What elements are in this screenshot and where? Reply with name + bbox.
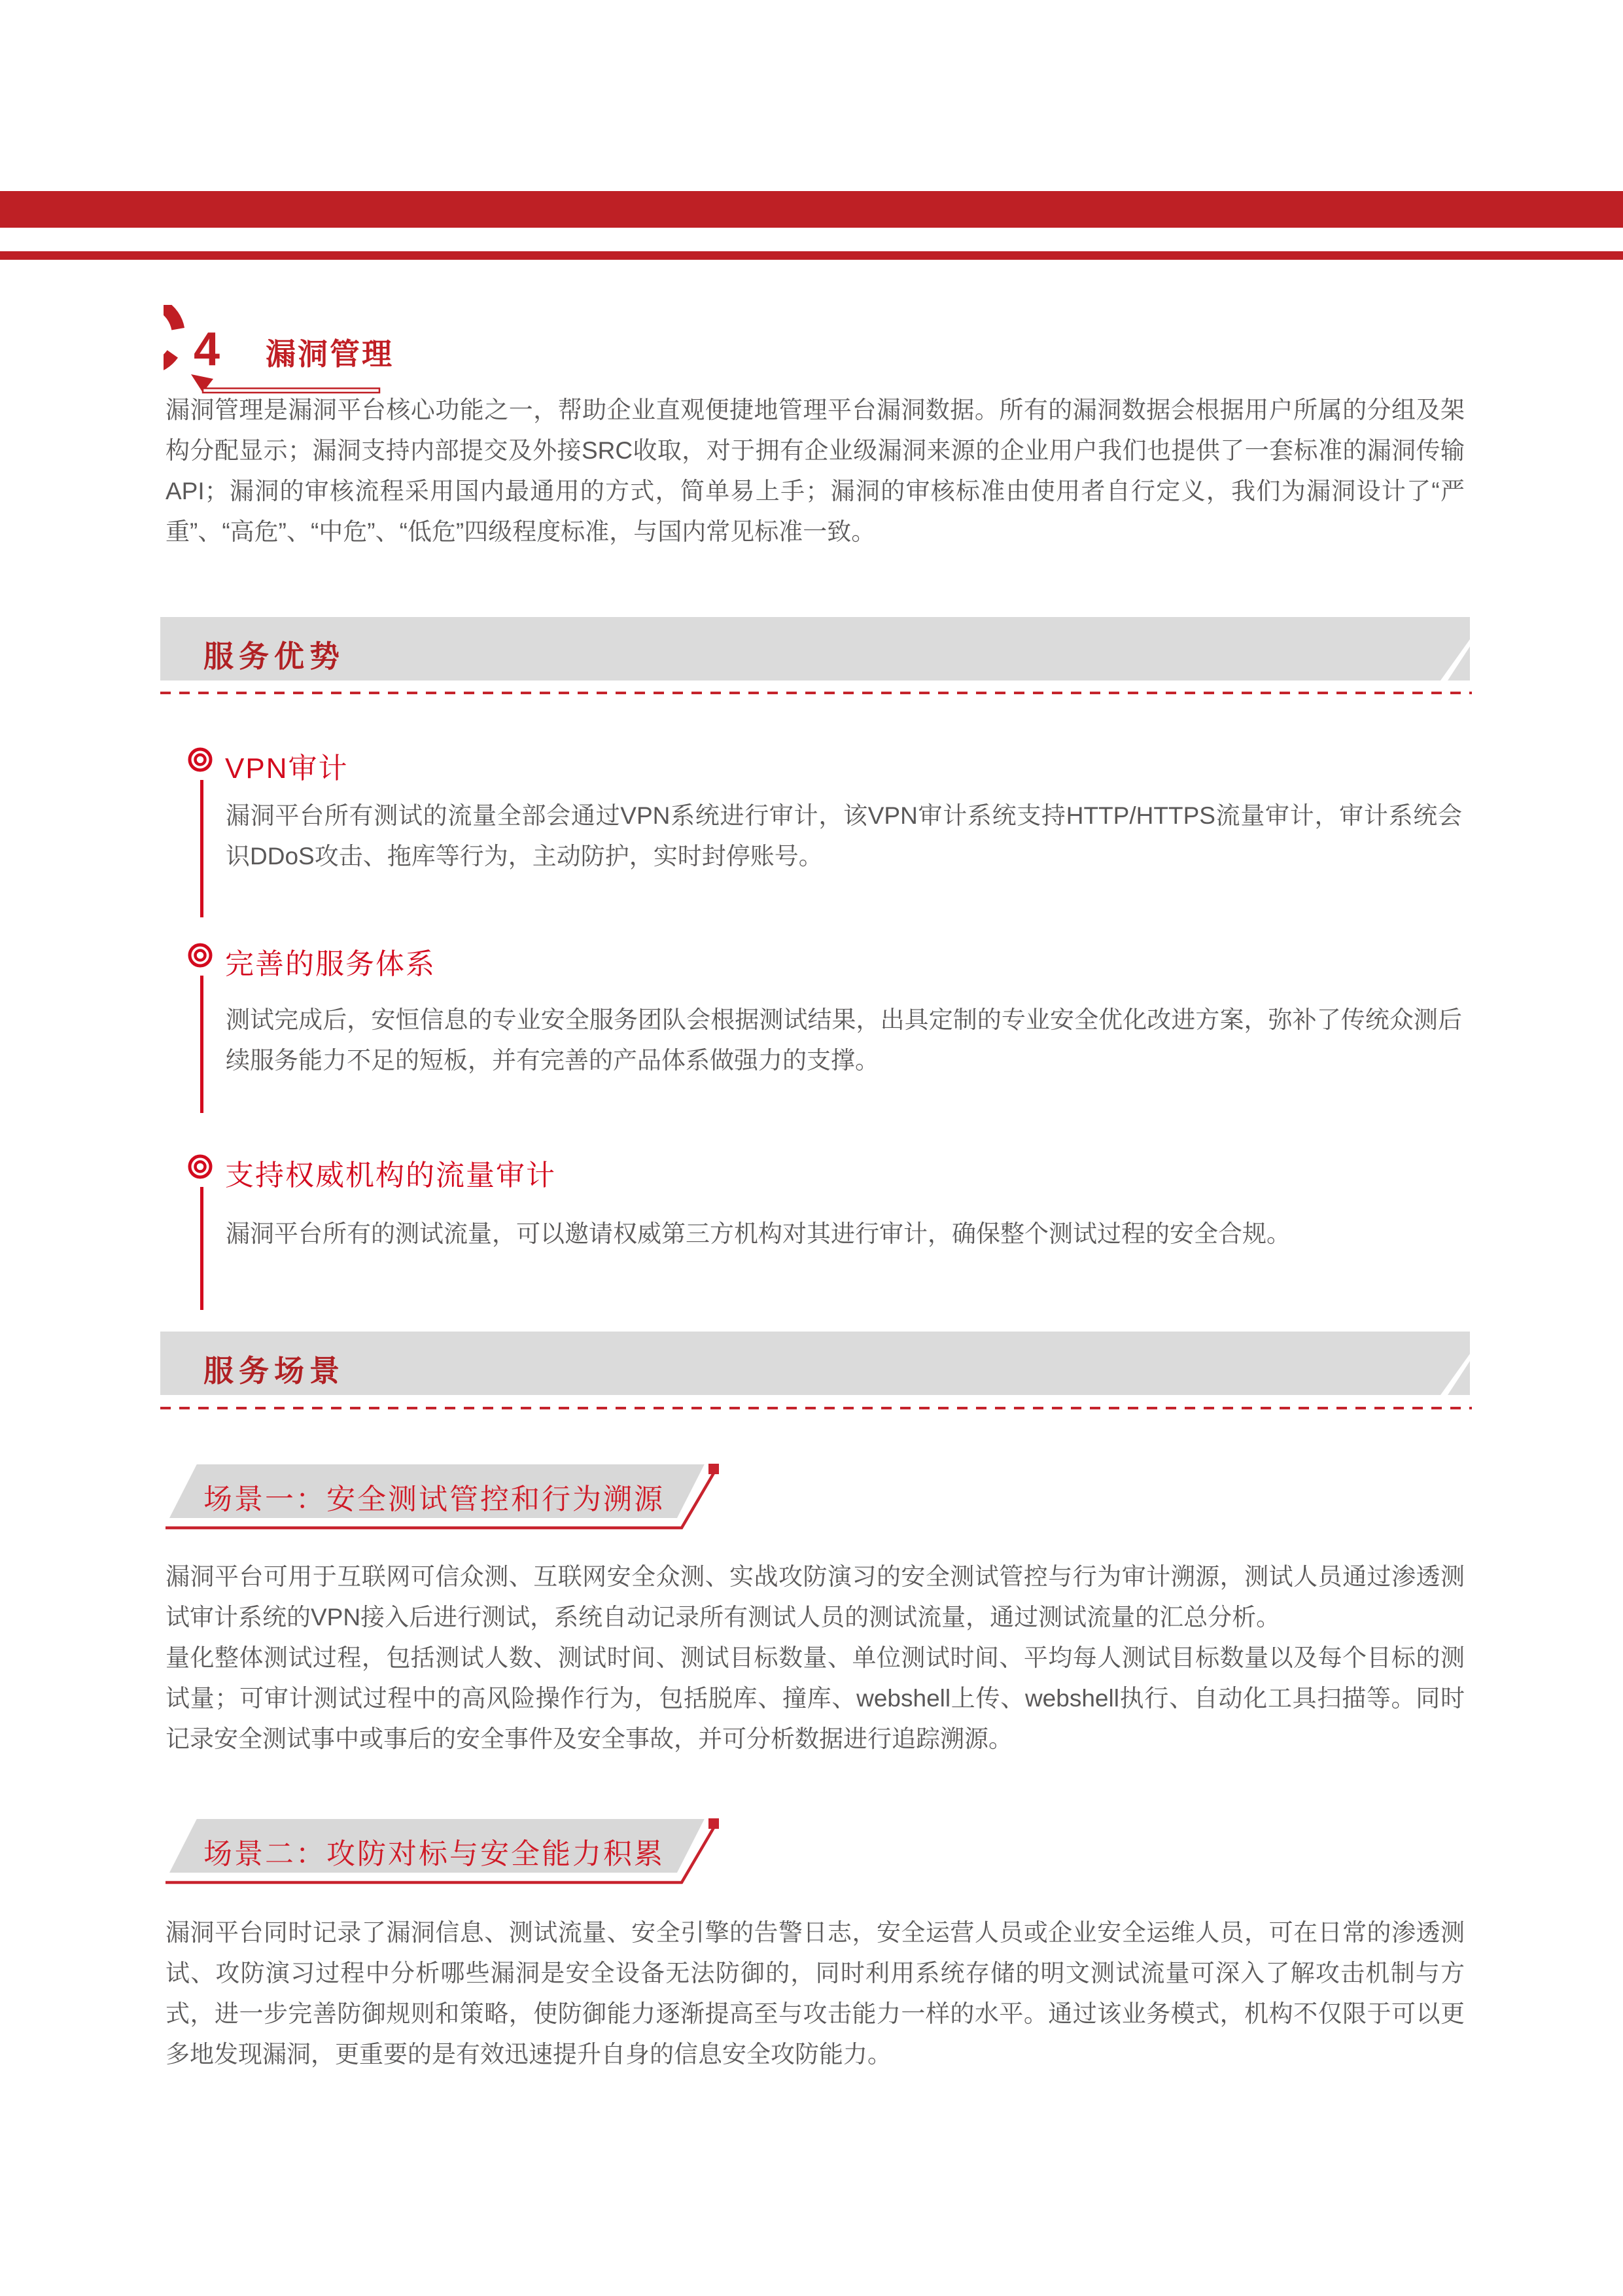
dashed-divider — [160, 1407, 1472, 1409]
section-rule — [200, 976, 203, 1113]
scenario-title: 场景一：安全测试管控和行为溯源 — [203, 1475, 665, 1517]
bullseye-icon — [187, 747, 213, 773]
advantages-heading: 服务优势 — [203, 633, 345, 676]
bullseye-icon — [187, 942, 213, 968]
advantages-banner: 服务优势 — [160, 617, 1470, 680]
section-rule — [200, 1187, 203, 1310]
advantage-body: 测试完成后，安恒信息的专业安全服务团队会根据测试结果，出具定制的专业安全优化改进… — [226, 1000, 1462, 1081]
scenario-header: 场景二：攻防对标与安全能力积累 — [166, 1818, 741, 1891]
advantage-title: VPN审计 — [225, 745, 348, 786]
chapter-number: 4 — [194, 323, 220, 376]
banner-shape — [160, 1332, 1470, 1395]
intro-paragraph: 漏洞管理是漏洞平台核心功能之一，帮助企业直观便捷地管理平台漏洞数据。所有的漏洞数… — [166, 390, 1465, 552]
scenario-body: 漏洞平台可用于互联网可信众测、互联网安全众测、实战攻防演习的安全测试管控与行为审… — [166, 1557, 1465, 1759]
scenario-body: 漏洞平台同时记录了漏洞信息、测试流量、安全引擎的告警日志，安全运营人员或企业安全… — [166, 1913, 1465, 2075]
chapter-title: 漏洞管理 — [266, 330, 394, 374]
scenarios-banner: 服务场景 — [160, 1332, 1470, 1395]
scenario-paragraph: 量化整体测试过程，包括测试人数、测试时间、测试目标数量、单位测试时间、平均每人测… — [166, 1638, 1465, 1759]
scenario-title: 场景二：攻防对标与安全能力积累 — [203, 1830, 665, 1872]
banner-shape — [160, 617, 1470, 680]
section-rule — [200, 780, 203, 917]
brochure-page: 4 漏洞管理 漏洞管理是漏洞平台核心功能之一，帮助企业直观便捷地管理平台漏洞数据… — [0, 0, 1623, 2296]
advantage-body: 漏洞平台所有测试的流量全部会通过VPN系统进行审计，该VPN审计系统支持HTTP… — [226, 796, 1462, 877]
advantage-body: 漏洞平台所有的测试流量，可以邀请权威第三方机构对其进行审计，确保整个测试过程的安… — [226, 1214, 1462, 1254]
top-accent-bar-thin — [0, 251, 1623, 260]
scenario-paragraph: 漏洞平台可用于互联网可信众测、互联网安全众测、实战攻防演习的安全测试管控与行为审… — [166, 1557, 1465, 1638]
bullseye-icon — [187, 1154, 213, 1180]
scenarios-heading: 服务场景 — [203, 1347, 345, 1390]
advantage-title: 完善的服务体系 — [225, 940, 436, 982]
top-accent-bar-thick — [0, 191, 1623, 228]
advantage-title: 支持权威机构的流量审计 — [225, 1152, 556, 1193]
scenario-header: 场景一：安全测试管控和行为溯源 — [166, 1463, 741, 1536]
dashed-divider — [160, 692, 1472, 694]
scenario-paragraph: 漏洞平台同时记录了漏洞信息、测试流量、安全引擎的告警日志，安全运营人员或企业安全… — [166, 1913, 1465, 2075]
